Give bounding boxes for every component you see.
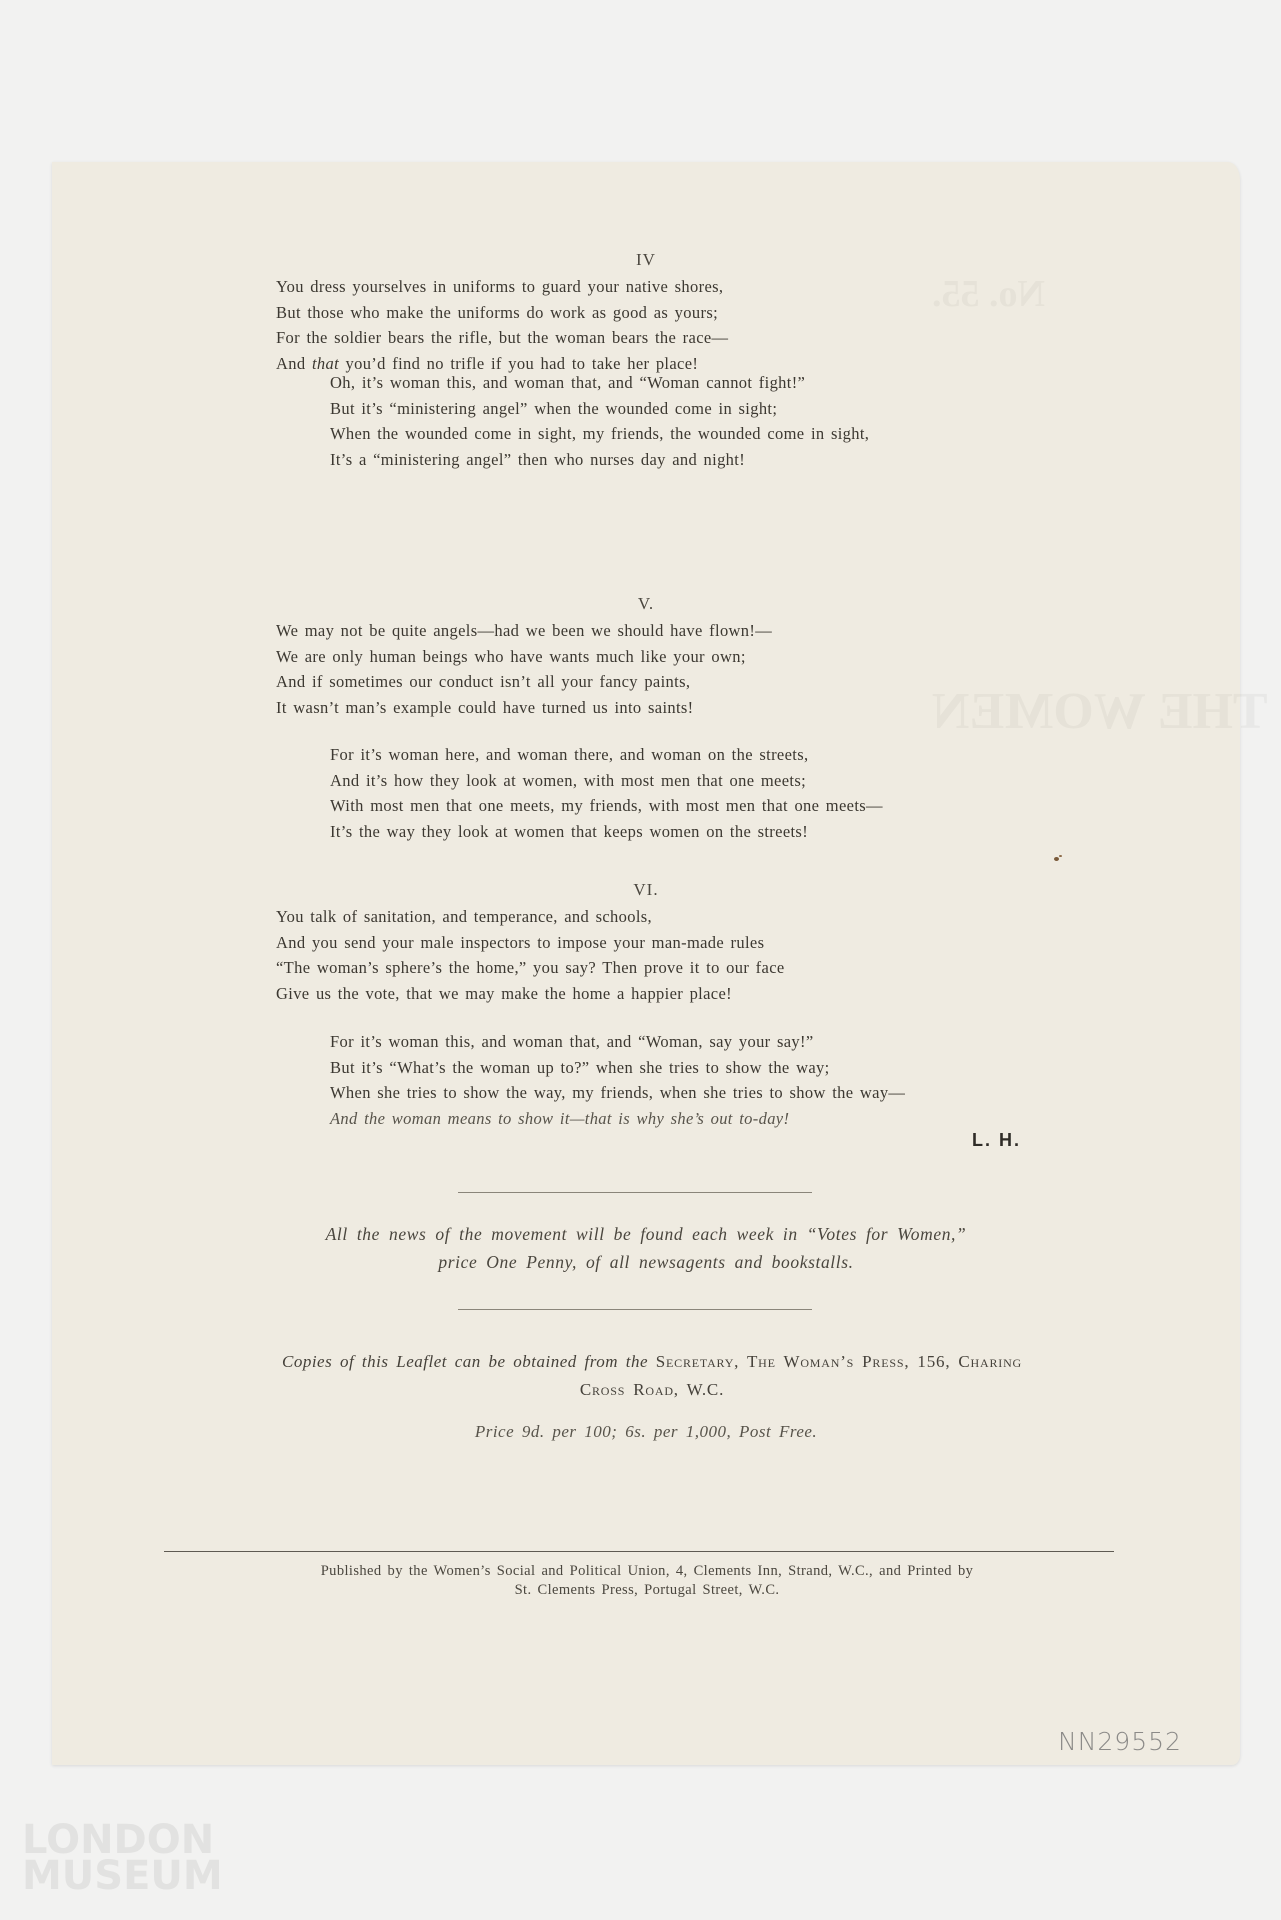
chorus-line: For it’s woman here, and woman there, an… — [330, 742, 883, 768]
stanza-numeral: VI. — [52, 880, 1240, 900]
copies-notice: Copies of this Leaflet can be obtained f… — [162, 1348, 1142, 1404]
imprint: Published by the Women’s Social and Poli… — [167, 1562, 1127, 1600]
verse-line: And you send your male inspectors to imp… — [276, 930, 785, 956]
stanza-verse: We may not be quite angels—had we been w… — [276, 618, 772, 720]
stanza-chorus: For it’s woman this, and woman that, and… — [330, 1029, 905, 1131]
chorus-line: When she tries to show the way, my frien… — [330, 1080, 905, 1106]
imprint-line: St. Clements Press, Portugal Street, W.C… — [167, 1581, 1127, 1600]
imprint-rule — [164, 1551, 1114, 1552]
news-notice: All the news of the movement will be fou… — [52, 1220, 1240, 1276]
chorus-line: When the wounded come in sight, my frien… — [330, 421, 869, 447]
chorus-line: And the woman means to show it—that is w… — [330, 1106, 905, 1132]
verse-line: “The woman’s sphere’s the home,” you say… — [276, 955, 785, 981]
stanza-chorus: Oh, it’s woman this, and woman that, and… — [330, 370, 869, 472]
stanza-verse: You dress yourselves in uniforms to guar… — [276, 274, 728, 376]
verse-line: You dress yourselves in uniforms to guar… — [276, 274, 728, 300]
verse-line: For the soldier bears the rifle, but the… — [276, 325, 728, 351]
price-line: Price 9d. per 100; 6s. per 1,000, Post F… — [52, 1422, 1240, 1442]
divider-rule — [458, 1192, 812, 1193]
chorus-line: But it’s “ministering angel” when the wo… — [330, 396, 869, 422]
chorus-line: It’s the way they look at women that kee… — [330, 819, 883, 845]
chorus-line: Oh, it’s woman this, and woman that, and… — [330, 370, 869, 396]
verse-line: And if sometimes our conduct isn’t all y… — [276, 669, 772, 695]
stanza-numeral: V. — [52, 594, 1240, 614]
verse-line: Give us the vote, that we may make the h… — [276, 981, 785, 1007]
chorus-line: And it’s how they look at women, with mo… — [330, 768, 883, 794]
accession-number: NN29552 — [1058, 1727, 1182, 1756]
leaflet-page: No. 55. THE WOMEN IV You dress yourselve… — [52, 162, 1240, 1765]
chorus-line: For it’s woman this, and woman that, and… — [330, 1029, 905, 1055]
verse-line: You talk of sanitation, and temperance, … — [276, 904, 785, 930]
chorus-line: But it’s “What’s the woman up to?” when … — [330, 1055, 905, 1081]
verse-line: But those who make the uniforms do work … — [276, 300, 728, 326]
verse-line: It wasn’t man’s example could have turne… — [276, 695, 772, 721]
leaflet-content: IV You dress yourselves in uniforms to g… — [52, 162, 1240, 1765]
stanza-numeral: IV — [52, 250, 1240, 270]
museum-watermark: LONDON MUSEUM — [22, 1822, 223, 1894]
author-signature: L. H. — [972, 1130, 1021, 1151]
chorus-line: With most men that one meets, my friends… — [330, 793, 883, 819]
divider-rule — [458, 1309, 812, 1310]
stanza-verse: You talk of sanitation, and temperance, … — [276, 904, 785, 1006]
stanza-chorus: For it’s woman here, and woman there, an… — [330, 742, 883, 844]
news-notice-line: price One Penny, of all newsagents and b… — [52, 1248, 1240, 1276]
verse-line: We are only human beings who have wants … — [276, 644, 772, 670]
chorus-line: It’s a “ministering angel” then who nurs… — [330, 447, 869, 473]
imprint-line: Published by the Women’s Social and Poli… — [167, 1562, 1127, 1581]
verse-line: We may not be quite angels—had we been w… — [276, 618, 772, 644]
paper-stain — [1054, 857, 1059, 861]
news-notice-line: All the news of the movement will be fou… — [52, 1220, 1240, 1248]
